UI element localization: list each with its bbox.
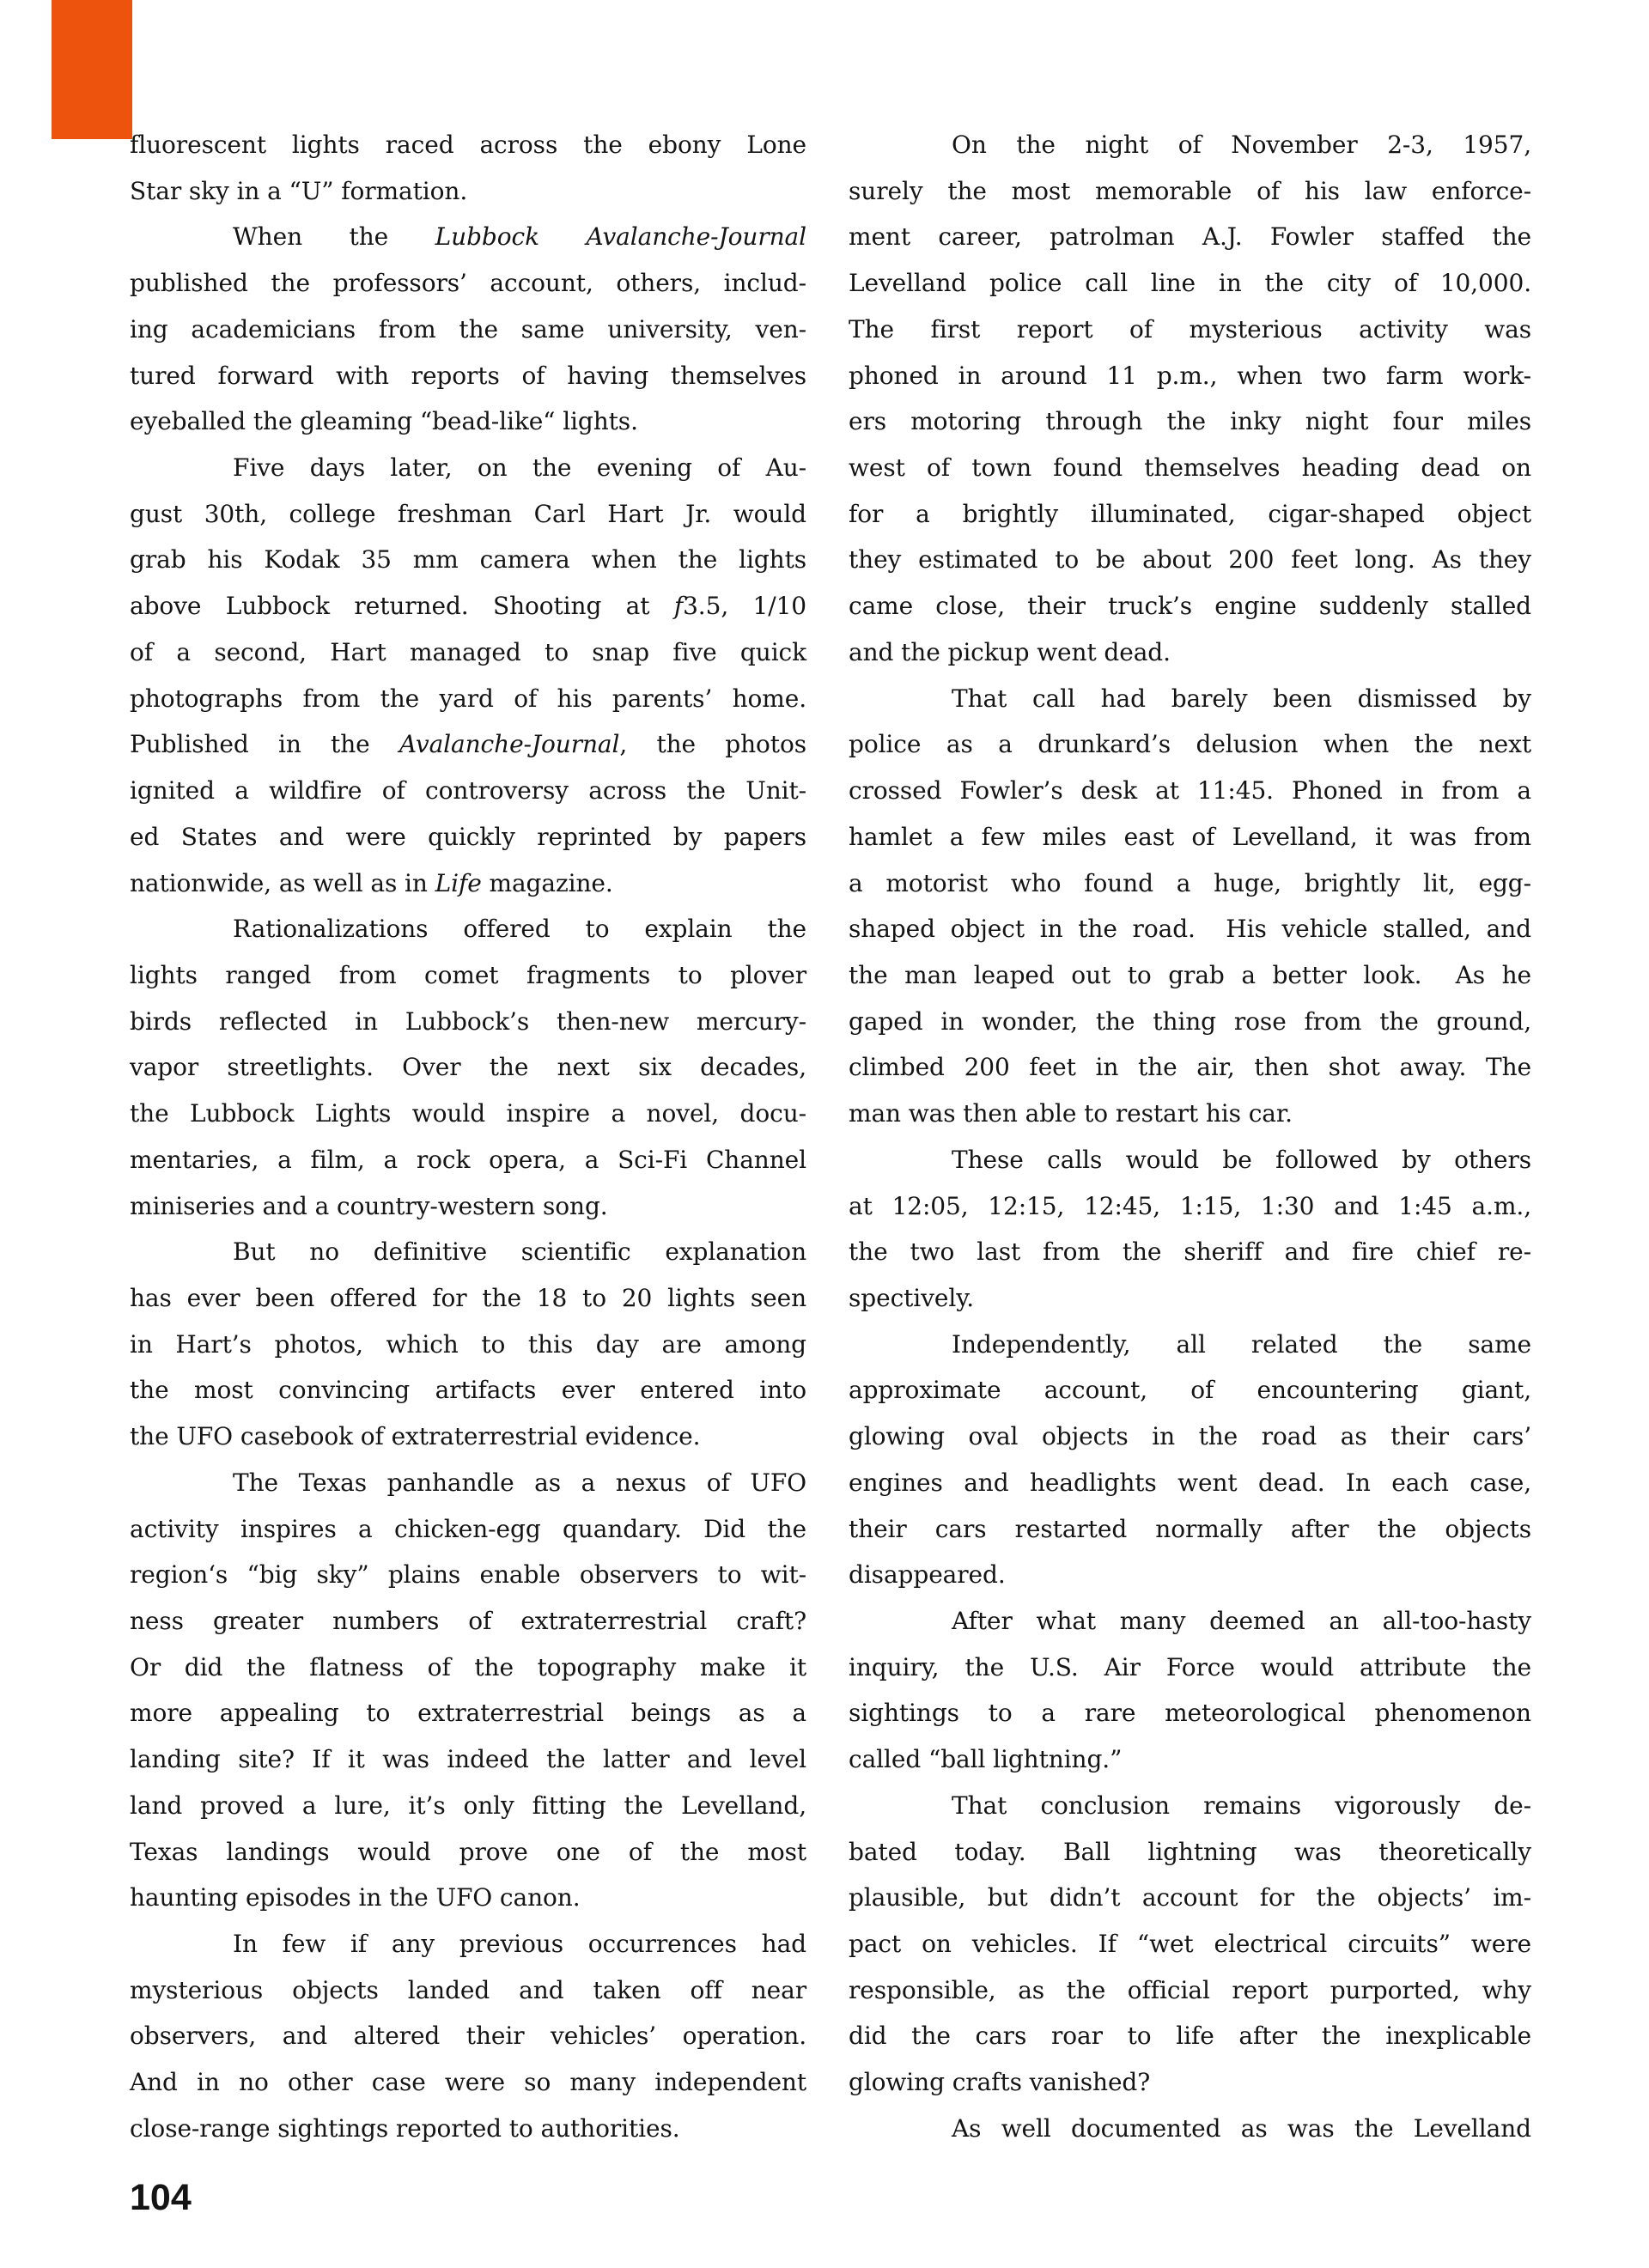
text-line: approximate account, of encountering gia… (849, 1367, 1531, 1414)
text-line: lights ranged from comet fragments to pl… (130, 952, 806, 999)
text-line: glowing crafts vanished? (849, 2059, 1531, 2106)
text-line: haunting episodes in the UFO canon. (130, 1875, 806, 1921)
book-page: fluorescent lights raced across the ebon… (0, 0, 1649, 2268)
text-line: ness greater numbers of extraterrestrial… (130, 1598, 806, 1645)
text-line: crossed Fowler’s desk at 11:45. Phoned i… (849, 768, 1531, 814)
text-line: at 12:05, 12:15, 12:45, 1:15, 1:30 and 1… (849, 1183, 1531, 1230)
text-line: a motorist who found a huge, brightly li… (849, 860, 1531, 907)
text-line: ers motoring through the inky night four… (849, 398, 1531, 445)
text-line: man was then able to restart his car. (849, 1091, 1531, 1137)
text-line: gust 30th, college freshman Carl Hart Jr… (130, 491, 806, 538)
text-line: tured forward with reports of having the… (130, 353, 806, 399)
text-line: above Lubbock returned. Shooting at f3.5… (130, 583, 806, 629)
text-line: And in no other case were so many indepe… (130, 2059, 806, 2106)
text-line: the man leaped out to grab a better look… (849, 952, 1531, 999)
text-line: These calls would be followed by others (849, 1137, 1531, 1183)
text-line: in Hart’s photos, which to this day are … (130, 1322, 806, 1368)
text-line: miniseries and a country-western song. (130, 1183, 806, 1230)
text-line: the Lubbock Lights would inspire a novel… (130, 1091, 806, 1137)
text-line: After what many deemed an all-too-hasty (849, 1598, 1531, 1645)
text-line: photographs from the yard of his parents… (130, 676, 806, 722)
page-number: 104 (130, 2180, 192, 2216)
text-line: birds reflected in Lubbock’s then-new me… (130, 999, 806, 1045)
text-line: for a brightly illuminated, cigar-shaped… (849, 491, 1531, 538)
text-column-left: fluorescent lights raced across the ebon… (130, 122, 806, 2152)
text-line: Levelland police call line in the city o… (849, 260, 1531, 307)
text-line: west of town found themselves heading de… (849, 445, 1531, 491)
text-line: observers, and altered their vehicles’ o… (130, 2013, 806, 2059)
text-column-right: On the night of November 2-3, 1957,surel… (849, 122, 1531, 2152)
text-line: Independently, all related the same (849, 1322, 1531, 1368)
text-line: published the professors’ account, other… (130, 260, 806, 307)
text-line: Published in the Avalanche-Journal, the … (130, 721, 806, 768)
text-line: nationwide, as well as in Life magazine. (130, 860, 806, 907)
text-line: spectively. (849, 1275, 1531, 1322)
text-line: engines and headlights went dead. In eac… (849, 1460, 1531, 1506)
text-line: Five days later, on the evening of Au- (130, 445, 806, 491)
text-line: ignited a wildfire of controversy across… (130, 768, 806, 814)
text-line: grab his Kodak 35 mm camera when the lig… (130, 537, 806, 583)
text-line: sightings to a rare meteorological pheno… (849, 1690, 1531, 1736)
text-line: more appealing to extraterrestrial being… (130, 1690, 806, 1736)
text-line: bated today. Ball lightning was theoreti… (849, 1829, 1531, 1876)
text-line: On the night of November 2-3, 1957, (849, 122, 1531, 168)
text-line: their cars restarted normally after the … (849, 1506, 1531, 1553)
text-line: Or did the flatness of the topography ma… (130, 1645, 806, 1691)
text-line: of a second, Hart managed to snap five q… (130, 629, 806, 676)
text-line: phoned in around 11 p.m., when two farm … (849, 353, 1531, 399)
text-line: The Texas panhandle as a nexus of UFO (130, 1460, 806, 1506)
text-line: disappeared. (849, 1552, 1531, 1598)
text-line: mysterious objects landed and taken off … (130, 1967, 806, 2014)
text-line: has ever been offered for the 18 to 20 l… (130, 1275, 806, 1322)
chapter-edge-tab-marker (52, 0, 132, 139)
text-line: Star sky in a “U” formation. (130, 168, 806, 215)
text-line: the two last from the sheriff and fire c… (849, 1229, 1531, 1275)
text-line: region‘s “big sky” plains enable observe… (130, 1552, 806, 1598)
text-line: ment career, patrolman A.J. Fowler staff… (849, 214, 1531, 260)
text-line: That call had barely been dismissed by (849, 676, 1531, 722)
text-line: climbed 200 feet in the air, then shot a… (849, 1044, 1531, 1091)
text-line: vapor streetlights. Over the next six de… (130, 1044, 806, 1091)
text-line: police as a drunkard’s delusion when the… (849, 721, 1531, 768)
text-line: plausible, but didn’t account for the ob… (849, 1875, 1531, 1921)
text-line: responsible, as the official report purp… (849, 1967, 1531, 2014)
text-line: shaped object in the road. His vehicle s… (849, 906, 1531, 952)
text-line: did the cars roar to life after the inex… (849, 2013, 1531, 2059)
text-line: pact on vehicles. If “wet electrical cir… (849, 1921, 1531, 1967)
text-line: fluorescent lights raced across the ebon… (130, 122, 806, 168)
text-line: hamlet a few miles east of Levelland, it… (849, 814, 1531, 860)
text-line: The first report of mysterious activity … (849, 307, 1531, 353)
text-line: mentaries, a film, a rock opera, a Sci-F… (130, 1137, 806, 1183)
text-line: they estimated to be about 200 feet long… (849, 537, 1531, 583)
text-line: landing site? If it was indeed the latte… (130, 1736, 806, 1783)
text-line: and the pickup went dead. (849, 629, 1531, 676)
text-line: ed States and were quickly reprinted by … (130, 814, 806, 860)
text-line: the UFO casebook of extraterrestrial evi… (130, 1414, 806, 1460)
text-line: ing academicians from the same universit… (130, 307, 806, 353)
text-line: land proved a lure, it’s only fitting th… (130, 1783, 806, 1829)
text-line: But no definitive scientific explanation (130, 1229, 806, 1275)
text-line: gaped in wonder, the thing rose from the… (849, 999, 1531, 1045)
text-line: Texas landings would prove one of the mo… (130, 1829, 806, 1876)
text-line: came close, their truck’s engine suddenl… (849, 583, 1531, 629)
text-line: called “ball lightning.” (849, 1736, 1531, 1783)
text-line: Rationalizations offered to explain the (130, 906, 806, 952)
text-line: In few if any previous occurrences had (130, 1921, 806, 1967)
text-line: inquiry, the U.S. Air Force would attrib… (849, 1645, 1531, 1691)
text-line: That conclusion remains vigorously de- (849, 1783, 1531, 1829)
text-line: surely the most memorable of his law enf… (849, 168, 1531, 215)
text-line: eyeballed the gleaming “bead-like“ light… (130, 398, 806, 445)
text-line: glowing oval objects in the road as thei… (849, 1414, 1531, 1460)
text-line: close-range sightings reported to author… (130, 2106, 806, 2152)
text-line: the most convincing artifacts ever enter… (130, 1367, 806, 1414)
text-line: activity inspires a chicken-egg quandary… (130, 1506, 806, 1553)
text-line: As well documented as was the Levelland (849, 2106, 1531, 2152)
text-line: When the Lubbock Avalanche-Journal (130, 214, 806, 260)
